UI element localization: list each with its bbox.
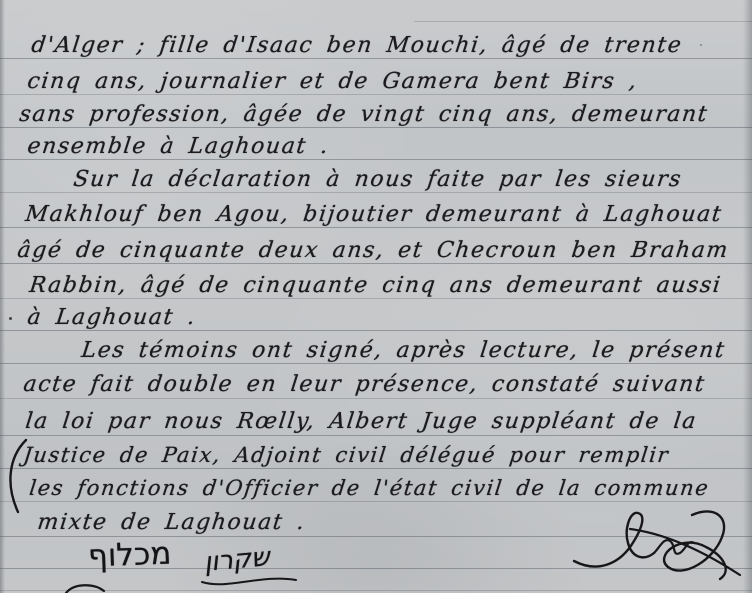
manuscript-line-03: sans profession, âgée de vingt cinq ans,… [18, 103, 710, 127]
ruled-line [0, 590, 752, 591]
ruled-line [0, 468, 752, 469]
ruled-line [0, 501, 752, 502]
ink-speck [9, 317, 12, 320]
manuscript-line-04: ensemble à Laghouat . [26, 135, 331, 159]
ruled-line [414, 21, 752, 22]
manuscript-line-13: Justice de Paix, Adjoint civil délégué p… [22, 444, 671, 467]
official-signature-name: Rœlly [572, 503, 573, 504]
manuscript-line-08: Rabbin, âgé de cinquante cinq ans demeur… [28, 274, 723, 298]
hebrew-signature-right: שקרון [203, 542, 271, 578]
ruled-line [0, 435, 752, 436]
ruled-line [0, 398, 752, 399]
official-signature: Rœlly [572, 503, 748, 587]
manuscript-line-02: cinq ans, journalier et de Gamera bent B… [26, 70, 639, 94]
manuscript-line-09: à Laghouat . [26, 306, 198, 330]
manuscript-line-15: mixte de Laghouat . [36, 511, 307, 535]
manuscript-line-01: d'Alger ; fille d'Isaac ben Mouchi, âgé … [30, 34, 684, 58]
manuscript-line-14: les fonctions d'Officier de l'état civil… [28, 477, 711, 500]
manuscript-line-07: âgé de cinquante deux ans, et Checroun b… [16, 239, 730, 263]
cut-off-stroke [64, 583, 106, 593]
manuscript-line-10: Les témoins ont signé, après lecture, le… [80, 339, 727, 363]
hebrew-signature-left: מכלוף [87, 536, 172, 575]
ink-speck [700, 44, 702, 46]
manuscript-line-12: la loi par nous Rœlly, Albert Juge suppl… [24, 410, 698, 434]
document-page: d'Alger ; fille d'Isaac ben Mouchi, âgé … [0, 0, 752, 593]
manuscript-line-06: Makhlouf ben Agou, bijoutier demeurant à… [24, 203, 724, 227]
manuscript-line-05: Sur la déclaration à nous faite par les … [72, 168, 683, 192]
manuscript-line-11: acte fait double en leur présence, const… [22, 373, 707, 397]
